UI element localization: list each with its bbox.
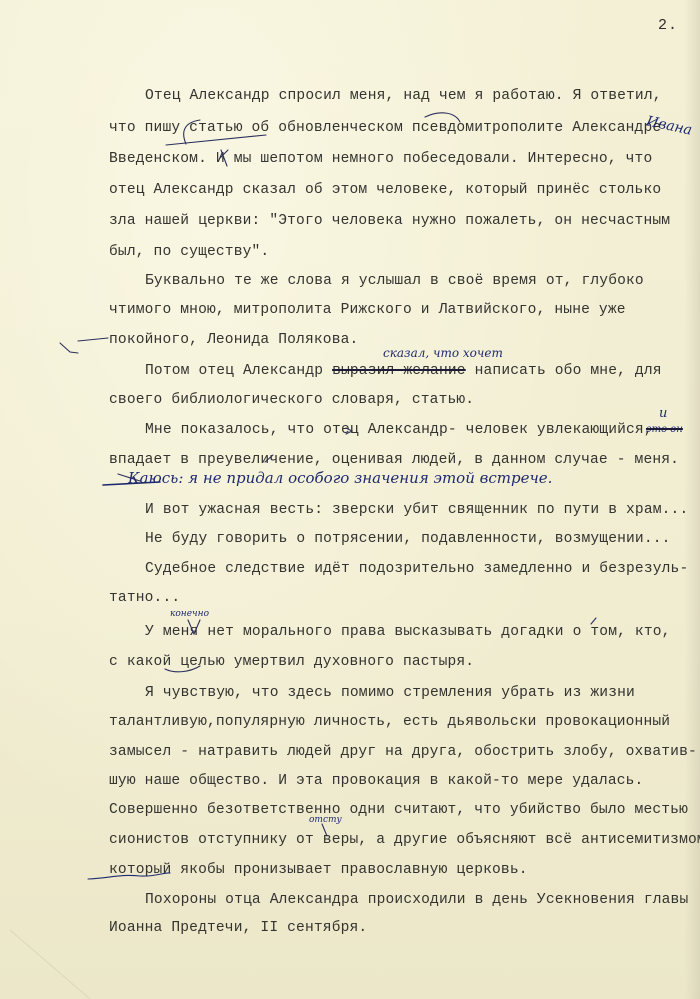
typed-line: отец Александр сказал об этом человеке, … (109, 182, 661, 198)
typed-text: Потом отец Александр (145, 363, 332, 379)
typed-line: зла нашей церкви: "Этого человека нужно … (109, 213, 670, 229)
paper-background (0, 0, 700, 999)
typed-line: чтимого мною, митрополита Рижского и Лат… (109, 302, 626, 318)
handwritten-struck-margin: это он (646, 424, 683, 435)
typed-line: талантливую,популярную личность, есть дь… (109, 714, 670, 730)
typed-line: впадает в преувеличение, оценивая людей,… (109, 452, 679, 468)
typed-text: написать обо мне, для (466, 363, 662, 379)
typed-line: У меня нет морального права высказывать … (145, 624, 671, 640)
typed-line: который якобы пронизывает православную ц… (109, 862, 528, 878)
typed-line: был, по существу". (109, 244, 269, 260)
typed-line: И вот ужасная весть: зверски убит священ… (145, 502, 688, 518)
typed-line: Я чувствую, что здесь помимо стремления … (145, 685, 635, 701)
page-number: 2. (658, 17, 678, 34)
page-edge-shadow (684, 0, 700, 999)
typed-line: замысел - натравить людей друг на друга,… (109, 744, 697, 760)
typed-line: Совершенно безответственно одни считают,… (109, 802, 688, 818)
typed-line: покойного, Леонида Полякова. (109, 332, 358, 348)
handwritten-inserted-sentence: Каюсь: я не придал особого значения этой… (128, 469, 552, 487)
typed-line: Судебное следствие идёт подозрительно за… (145, 561, 688, 577)
handwritten-insert-konechno: конечно (170, 609, 209, 619)
typed-line: Иоанна Предтечи, II сентября. (109, 920, 367, 936)
typed-line: Отец Александр спросил меня, над чем я р… (145, 88, 662, 104)
typed-line: что пишу статью об обновленческом псевдо… (109, 120, 661, 136)
handwritten-replacement: сказал, что хочет (383, 346, 503, 360)
struck-text: выразил желание (332, 363, 466, 379)
typed-line: Буквально те же слова я услышал в своё в… (145, 273, 644, 289)
typed-line: своего библиологического словаря, статью… (109, 392, 474, 408)
typed-line: Введенском. И мы шепотом немного побесед… (109, 151, 652, 167)
typed-line: татно... (109, 590, 180, 606)
handwritten-insert-letter: и (659, 406, 667, 421)
handwritten-insert-word: отсту (309, 815, 342, 825)
typed-line-with-strike: Потом отец Александр выразил желание нап… (145, 363, 662, 379)
typed-line: шую наше общество. И эта провокация в ка… (109, 773, 643, 789)
typed-line: Мне показалось, что отец Александр- чело… (145, 422, 653, 438)
typed-line: с какой целью умертвил духовного пастыря… (109, 654, 474, 670)
typed-line: сионистов отступнику от веры, а другие о… (109, 832, 700, 848)
typed-line: Похороны отца Александра происходили в д… (145, 892, 688, 908)
typed-line: Не буду говорить о потрясении, подавленн… (145, 531, 671, 547)
